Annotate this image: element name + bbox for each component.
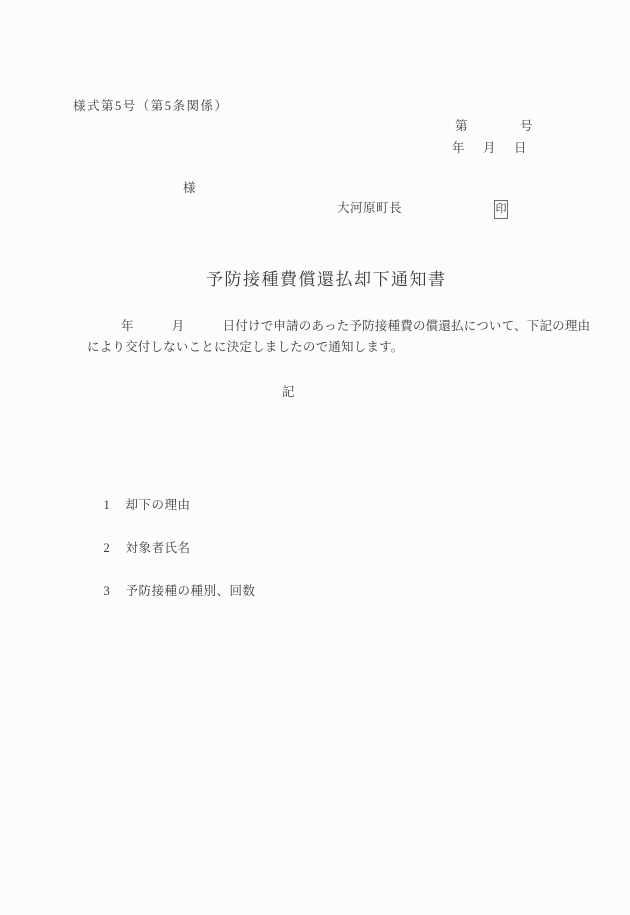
ki-notation: 記	[282, 385, 296, 401]
recipient-honorific: 様	[183, 181, 196, 197]
list-item-vaccination-type-count: 3予防接種の種別、回数	[91, 568, 256, 615]
list-item-rejection-reason: 1却下の理由	[91, 482, 191, 529]
list-item-label: 予防接種の種別、回数	[126, 584, 256, 598]
document-page: 様式第5号（第5条関係） 第 号 年 月 日 様 大河原町長 印 予防接種費償還…	[0, 0, 630, 915]
list-item-number: 1	[104, 498, 111, 514]
list-item-label: 対象者氏名	[126, 541, 191, 555]
document-number-line: 第 号	[455, 119, 533, 135]
body-paragraph-line-2: により交付しないことに決定しましたので通知します。	[87, 340, 404, 356]
list-item-label: 却下の理由	[126, 498, 191, 512]
body-paragraph-line-1: 年 月 日付けで申請のあった予防接種費の償還払について、下記の理由	[121, 319, 590, 335]
document-date-line: 年 月 日	[452, 141, 530, 157]
document-title: 予防接種費償還払却下通知書	[206, 269, 447, 290]
seal-stamp-box: 印	[494, 200, 508, 219]
form-number: 様式第5号（第5条関係）	[73, 99, 229, 115]
sender-title: 大河原町長	[337, 201, 402, 217]
list-item-number: 2	[104, 541, 111, 557]
list-item-subject-name: 2対象者氏名	[91, 525, 191, 572]
list-item-number: 3	[104, 584, 111, 600]
